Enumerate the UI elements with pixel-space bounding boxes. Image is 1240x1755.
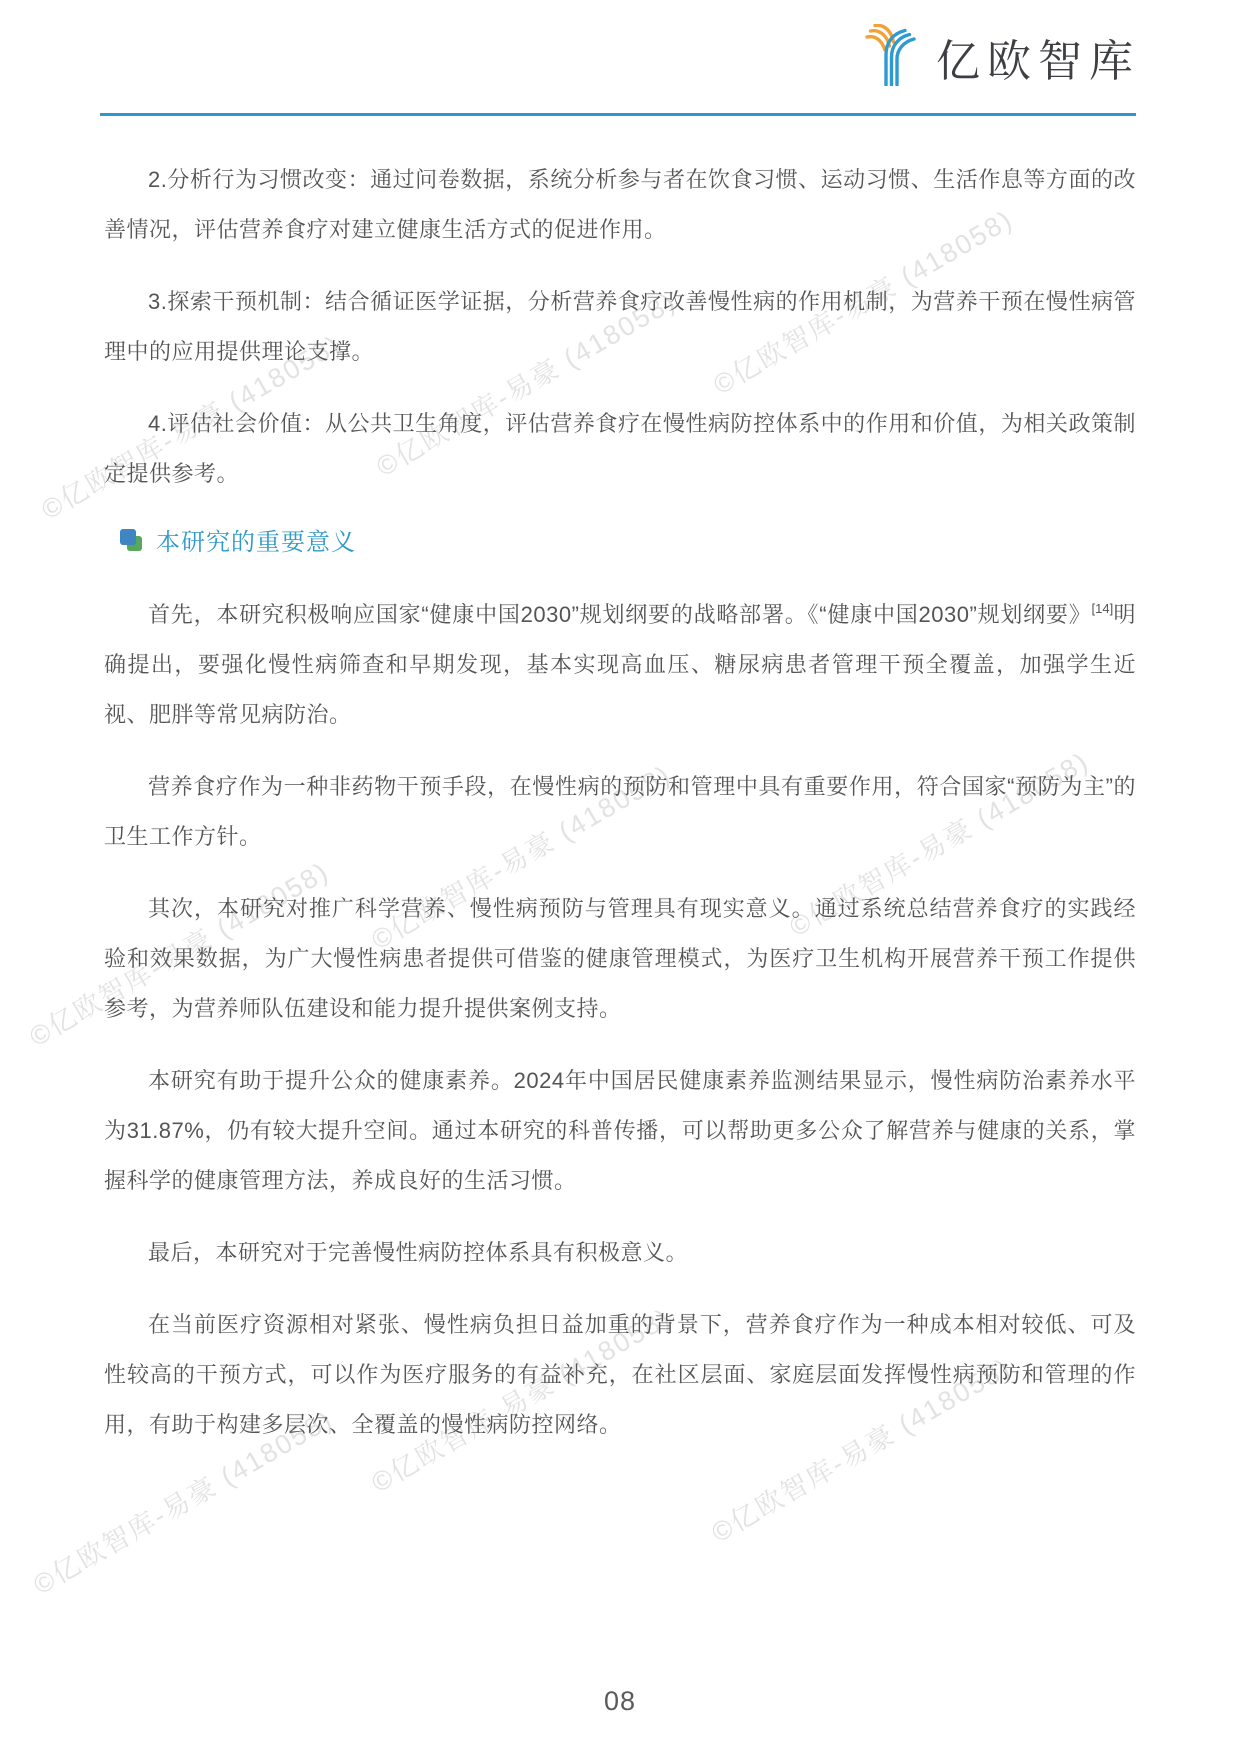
paragraph-2-behavior-analysis: 2.分析行为习惯改变：通过问卷数据，系统分析参与者在饮食习惯、运动习惯、生活作息… bbox=[104, 155, 1136, 255]
paragraph-4-social-value: 4.评估社会价值：从公共卫生角度，评估营养食疗在慢性病防控体系中的作用和价值，为… bbox=[104, 399, 1136, 499]
bullet-blue-square bbox=[120, 529, 136, 545]
paragraph-text: 首先，本研究积极响应国家“健康中国2030”规划纲要的战略部署。《“健康中国20… bbox=[148, 602, 1092, 627]
citation-14: [14] bbox=[1092, 601, 1114, 616]
paragraph-background: 在当前医疗资源相对紧张、慢性病负担日益加重的背景下，营养食疗作为一种成本相对较低… bbox=[104, 1300, 1136, 1450]
paragraph-second-point: 其次，本研究对推广科学营养、慢性病预防与管理具有现实意义。通过系统总结营养食疗的… bbox=[104, 884, 1136, 1034]
paragraph-first-point: 首先，本研究积极响应国家“健康中国2030”规划纲要的战略部署。《“健康中国20… bbox=[104, 590, 1136, 740]
section-bullet-icon bbox=[118, 527, 143, 552]
page-number: 08 bbox=[0, 1686, 1240, 1717]
section-heading-text: 本研究的重要意义 bbox=[156, 522, 356, 557]
paragraph-nutrition-role: 营养食疗作为一种非药物干预手段，在慢性病的预防和管理中具有重要作用，符合国家“预… bbox=[104, 762, 1136, 862]
page-content: 2.分析行为习惯改变：通过问卷数据，系统分析参与者在饮食习惯、运动习惯、生活作息… bbox=[104, 155, 1136, 1472]
brand-logo-icon bbox=[862, 24, 926, 86]
document-page: ©亿欧智库-易豪 (418058) ©亿欧智库-易豪 (418058) ©亿欧智… bbox=[0, 0, 1240, 1755]
paragraph-health-literacy: 本研究有助于提升公众的健康素养。2024年中国居民健康素养监测结果显示，慢性病防… bbox=[104, 1056, 1136, 1206]
header-divider bbox=[100, 113, 1136, 116]
section-heading: 本研究的重要意义 bbox=[104, 521, 1136, 557]
brand-logo-text: 亿欧智库 bbox=[936, 40, 1140, 86]
paragraph-last-point: 最后，本研究对于完善慢性病防控体系具有积极意义。 bbox=[104, 1228, 1136, 1278]
brand-logo: 亿欧智库 bbox=[862, 24, 1140, 86]
paragraph-3-mechanism: 3.探索干预机制：结合循证医学证据，分析营养食疗改善慢性病的作用机制，为营养干预… bbox=[104, 277, 1136, 377]
